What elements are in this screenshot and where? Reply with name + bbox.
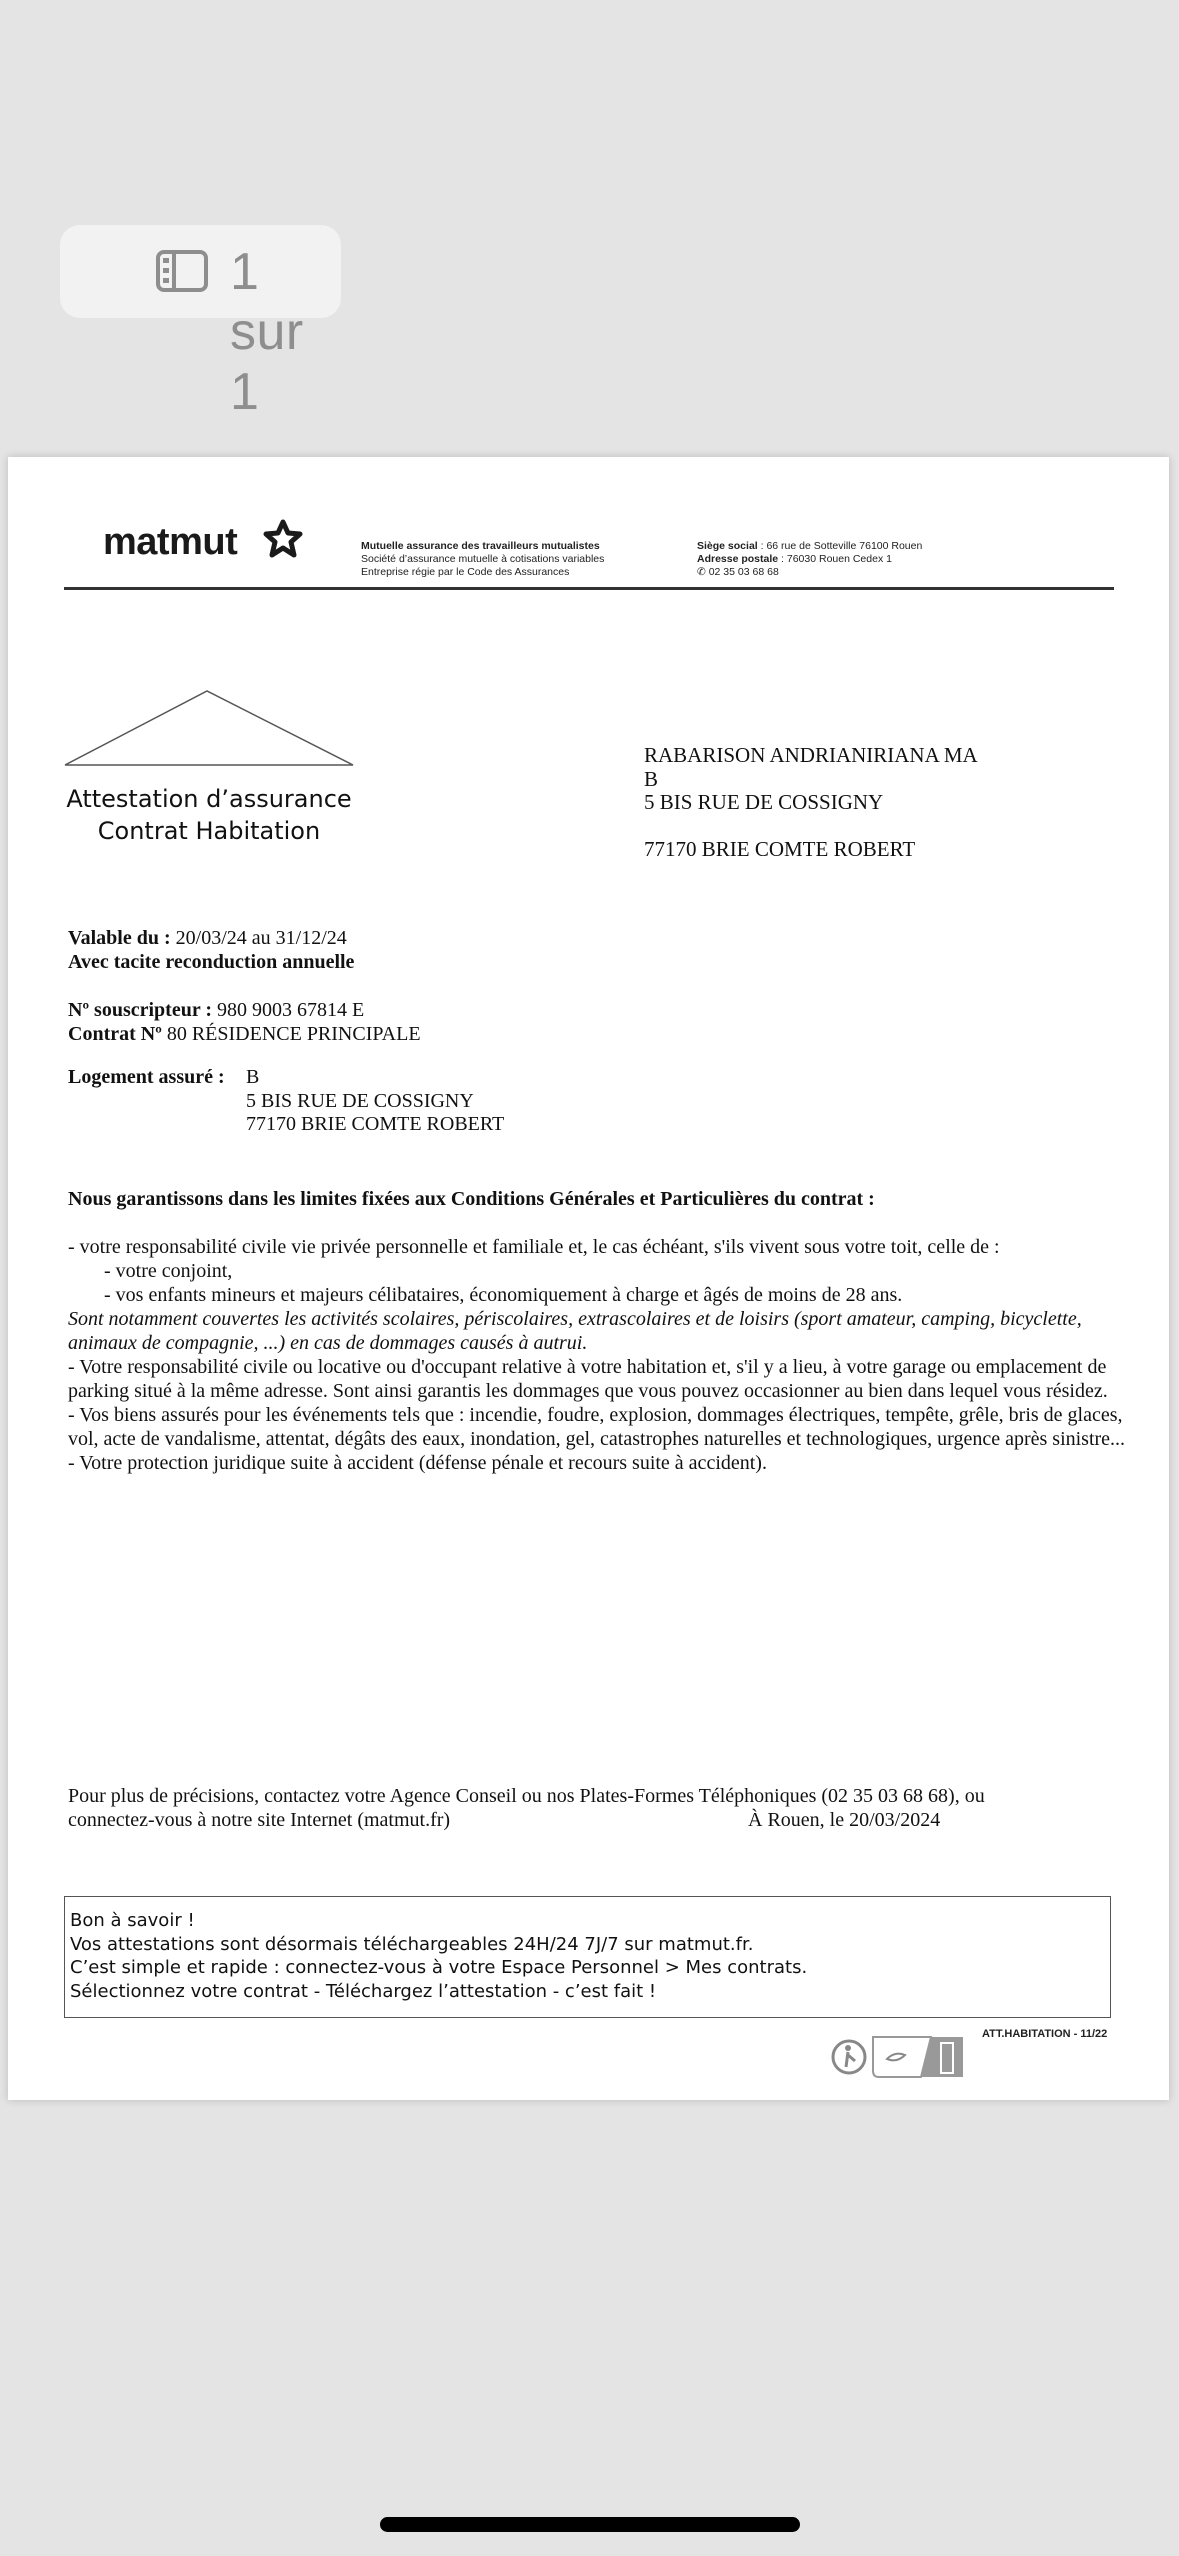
guarantee-subitem: - vos enfants mineurs et majeurs célibat… <box>68 1283 1128 1307</box>
recipient-address: RABARISON ANDRIANIRIANA MA B 5 BIS RUE D… <box>644 744 978 862</box>
contact-line: connectez-vous à notre site Internet (ma… <box>68 1809 450 1831</box>
place-date: À Rouen, le 20/03/2024 <box>748 1809 940 1833</box>
sidebar-pages-icon <box>156 250 208 292</box>
renewal-text: Avec tacite reconduction annuelle <box>68 951 354 975</box>
info-line: Sélectionnez votre contrat - Téléchargez… <box>70 1980 1105 2004</box>
housing-line: 77170 BRIE COMTE ROBERT <box>246 1113 504 1137</box>
company-line: Entreprise régie par le Code des Assuran… <box>361 566 604 579</box>
page-indicator[interactable]: 1 sur 1 <box>60 225 341 318</box>
document-reference: ATT.HABITATION - 11/22 <box>982 2028 1107 2040</box>
guarantee-item: - votre responsabilité civile vie privée… <box>68 1235 1128 1259</box>
brand-logo: matmut <box>103 521 237 564</box>
phone-value: ✆ 02 35 03 68 68 <box>697 566 779 578</box>
home-indicator[interactable] <box>380 2517 800 2532</box>
address-line: 77170 BRIE COMTE ROBERT <box>644 838 978 862</box>
guarantee-heading: Nous garantissons dans les limites fixée… <box>68 1187 1128 1211</box>
info-line: Vos attestations sont désormais téléchar… <box>70 1933 1105 1957</box>
subscriber-value: 980 9003 67814 E <box>212 999 364 1021</box>
postal-label: Adresse postale <box>697 553 778 565</box>
guarantee-item: - Votre responsabilité civile ou locativ… <box>68 1355 1128 1403</box>
address-line: RABARISON ANDRIANIRIANA MA <box>644 744 978 768</box>
housing-line: 5 BIS RUE DE COSSIGNY <box>246 1090 504 1114</box>
title-line-1: Attestation d’assurance <box>64 783 354 815</box>
star-logo-icon <box>263 519 303 559</box>
document-title: Attestation d’assurance Contrat Habitati… <box>64 783 354 847</box>
letterhead-company-info: Mutuelle assurance des travailleurs mutu… <box>361 540 604 579</box>
hq-value: : 66 rue de Sotteville 76100 Rouen <box>758 540 923 552</box>
info-box: Bon à savoir ! Vos attestations sont dés… <box>64 1896 1111 2018</box>
address-line: B <box>644 768 978 792</box>
contract-block: Nº souscripteur : 980 9003 67814 E Contr… <box>68 999 421 1046</box>
info-line: Bon à savoir ! <box>70 1909 1105 1933</box>
company-line: Société d’assurance mutuelle à cotisatio… <box>361 553 604 566</box>
document-page: matmut Mutuelle assurance des travailleu… <box>8 457 1169 2100</box>
housing-line: B <box>246 1066 504 1090</box>
address-line: 5 BIS RUE DE COSSIGNY <box>644 791 978 815</box>
housing-label: Logement assuré : <box>68 1066 246 1090</box>
subscriber-label: Nº souscripteur : <box>68 999 212 1021</box>
contact-block: Pour plus de précisions, contactez votre… <box>68 1785 1128 1832</box>
info-line: C’est simple et rapide : connectez-vous … <box>70 1956 1105 1980</box>
contract-label: Contrat Nº <box>68 1023 162 1045</box>
guarantee-item: - Vos biens assurés pour les événements … <box>68 1403 1128 1451</box>
guarantee-subitem: - votre conjoint, <box>68 1259 1128 1283</box>
address-spacer <box>644 815 978 839</box>
housing-block: Logement assuré : B 5 BIS RUE DE COSSIGN… <box>68 1066 504 1137</box>
contact-line: Pour plus de précisions, contactez votre… <box>68 1785 1128 1809</box>
guarantees-section: Nous garantissons dans les limites fixée… <box>68 1187 1128 1475</box>
company-line: Mutuelle assurance des travailleurs mutu… <box>361 540 604 553</box>
hq-label: Siège social <box>697 540 758 552</box>
letterhead-contact-info: Siège social : 66 rue de Sotteville 7610… <box>697 540 922 579</box>
validity-label: Valable du : <box>68 927 171 949</box>
guarantee-item: - Votre protection juridique suite à acc… <box>68 1451 1128 1475</box>
contract-value: 80 RÉSIDENCE PRINCIPALE <box>162 1023 421 1045</box>
guarantee-note: Sont notamment couvertes les activités s… <box>68 1307 1128 1355</box>
roof-triangle-icon <box>64 689 354 769</box>
validity-block: Valable du : 20/03/24 au 31/12/24 Avec t… <box>68 927 354 974</box>
triman-recycling-icon <box>831 2033 971 2081</box>
header-divider <box>64 587 1114 590</box>
page-count-label: 1 sur 1 <box>230 242 341 422</box>
title-line-2: Contrat Habitation <box>64 815 354 847</box>
validity-value: 20/03/24 au 31/12/24 <box>171 927 347 949</box>
postal-value: : 76030 Rouen Cedex 1 <box>778 553 892 565</box>
